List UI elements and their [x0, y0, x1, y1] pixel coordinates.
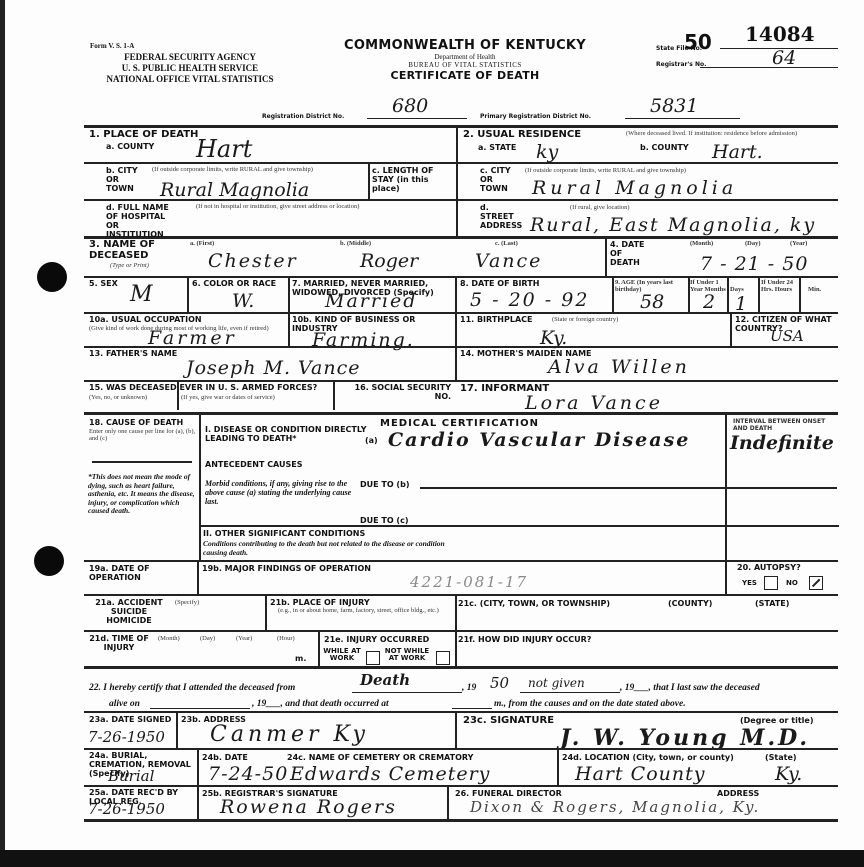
- certify-line-2b: , 19___, and that death occurred at: [252, 699, 389, 709]
- divider: [455, 594, 457, 630]
- antecedent-note: Morbid conditions, if any, giving rise t…: [205, 479, 355, 506]
- dob-label: 8. DATE OF BIRTH: [460, 279, 539, 288]
- hospital-note: (If not in hospital or institution, give…: [196, 203, 446, 210]
- attended-from: Death: [360, 672, 410, 688]
- registration-district-label: Registration District No.: [262, 112, 344, 121]
- name-of-deceased-label: 3. NAME OF DECEASED: [89, 239, 169, 261]
- divider: [176, 711, 178, 748]
- operation-findings-label: 19b. MAJOR FINDINGS OF OPERATION: [202, 564, 371, 573]
- residence-city: Rural Magnolia: [532, 178, 737, 198]
- divider: [455, 346, 457, 380]
- armed-forces-note-a: (Yes, no, or unknown): [89, 394, 147, 401]
- cemetery-label: 24c. NAME OF CEMETERY OR CREMATORY: [287, 753, 473, 762]
- punch-hole-icon: [34, 546, 64, 576]
- date-signed-label: 23a. DATE SIGNED: [89, 715, 171, 724]
- date-signed: 7-26-1950: [88, 729, 165, 745]
- occupation: Farmer: [148, 328, 237, 348]
- divider: [84, 125, 838, 128]
- divider: [288, 276, 290, 312]
- registrar-number: 64: [772, 48, 796, 68]
- funeral-director-label: 26. FUNERAL DIRECTOR: [455, 789, 562, 798]
- place-of-death-label: 1. PLACE OF DEATH: [89, 129, 198, 140]
- due-to-c-label: DUE TO (c): [360, 516, 408, 525]
- certify-line-2a: alive on: [109, 699, 140, 709]
- injury-state-label: (STATE): [755, 599, 789, 608]
- divider: [455, 711, 457, 748]
- department: Department of Health: [300, 53, 630, 61]
- agency-line: NATIONAL OFFICE VITAL STATISTICS: [90, 74, 290, 85]
- autopsy-no-checkbox[interactable]: [809, 576, 823, 590]
- medical-certification-title: MEDICAL CERTIFICATION: [380, 418, 539, 429]
- autopsy-yes-label: YES: [742, 579, 757, 588]
- birthplace: Ky.: [540, 328, 567, 348]
- autopsy-yes-checkbox[interactable]: [764, 576, 778, 590]
- divider: [187, 276, 189, 312]
- divider: [199, 414, 201, 560]
- year-label: (Year): [790, 240, 807, 247]
- agency-block: FEDERAL SECURITY AGENCY U. S. PUBLIC HEA…: [90, 52, 290, 85]
- signature-label: 23c. SIGNATURE: [463, 715, 554, 726]
- header-title-block: COMMONWEALTH OF KENTUCKY Department of H…: [300, 38, 630, 82]
- divider: [557, 748, 559, 785]
- operation-findings: 4221-081-17: [410, 574, 528, 590]
- city-label: c. CITY OR TOWN: [480, 166, 520, 193]
- month-label: (Month): [690, 240, 713, 247]
- attended-year: 50: [490, 675, 509, 691]
- sex-label: 5. SEX: [89, 279, 118, 288]
- agency-line: U. S. PUBLIC HEALTH SERVICE: [90, 63, 290, 74]
- divider: [730, 312, 732, 346]
- middle-name: Roger: [360, 251, 418, 271]
- antecedent-causes-label: ANTECEDENT CAUSES: [205, 460, 303, 469]
- divider: [197, 785, 199, 820]
- attended-to: not given: [528, 675, 585, 691]
- not-while-at-work-checkbox[interactable]: [436, 651, 450, 665]
- birthplace-note: (State or foreign country): [552, 316, 618, 323]
- degree-label: (Degree or title): [740, 716, 813, 725]
- underline: [150, 708, 250, 709]
- not-while-at-work-label: NOT WHILE AT WORK: [382, 648, 432, 662]
- accident-label: 21a. ACCIDENT SUICIDE HOMICIDE: [89, 598, 169, 625]
- residence-street: Rural, East Magnolia, ky: [530, 215, 816, 235]
- accident-specify: (Specify): [175, 599, 199, 606]
- underline: [520, 692, 620, 693]
- certify-line-2c: m., from the causes and on the date stat…: [494, 699, 686, 709]
- injury-occurred-label: 21e. INJURY OCCURRED: [324, 635, 429, 644]
- divider: [725, 560, 727, 594]
- time-day: (Day): [200, 635, 215, 642]
- underline: [625, 118, 740, 119]
- scan-edge-bottom: [0, 850, 864, 867]
- race-label: 6. COLOR OR RACE: [192, 279, 276, 288]
- divider: [318, 630, 320, 666]
- burial-method: Burial: [108, 768, 154, 784]
- divider: [177, 380, 179, 410]
- father-label: 13. FATHER'S NAME: [89, 349, 177, 358]
- underline: [452, 708, 492, 709]
- sex: M: [130, 285, 153, 305]
- burial-location: Hart County: [575, 764, 705, 784]
- burial-location-label: 24d. LOCATION (City, town, or county): [562, 753, 734, 762]
- place-of-injury-label: 21b. PLACE OF INJURY: [270, 598, 370, 607]
- agency-line: FEDERAL SECURITY AGENCY: [90, 52, 290, 63]
- day-label: (Day): [745, 240, 761, 247]
- divider: [455, 276, 457, 346]
- divider: [288, 312, 290, 346]
- divider: [84, 380, 838, 382]
- primary-district: 5831: [650, 96, 698, 116]
- primary-district-label: Primary Registration District No.: [480, 112, 591, 121]
- divider: [455, 630, 457, 666]
- place-of-injury-note: (e.g., in or about home, farm, factory, …: [278, 607, 453, 614]
- divider: [84, 276, 838, 278]
- date-of-death: 7 - 21 - 50: [700, 254, 808, 274]
- autopsy-no-label: NO: [786, 579, 798, 588]
- type-or-print-note: (Type or Print): [110, 262, 149, 269]
- operation-date-label: 19a. DATE OF OPERATION: [89, 564, 197, 582]
- date-of-birth: 5 - 20 - 92: [470, 290, 589, 310]
- interval-label: INTERVAL BETWEEN ONSET AND DEATH: [733, 418, 833, 432]
- registrar-signature: Rowena Rogers: [220, 797, 397, 817]
- days: 1: [735, 294, 747, 314]
- interval-value: Indefinite: [730, 433, 834, 453]
- certify-line-1c: , 19___, that I last saw the deceased: [620, 683, 760, 693]
- cause-footnote: *This does not mean the mode of dying, s…: [88, 473, 198, 516]
- occupation-label: 10a. USUAL OCCUPATION: [89, 315, 202, 324]
- while-at-work-label: WHILE AT WORK: [322, 648, 362, 662]
- street-note: (If rural, give location): [570, 204, 630, 211]
- divider: [84, 312, 838, 314]
- time-hour: (Hour): [277, 635, 295, 642]
- burial-date: 7-24-50: [208, 764, 288, 784]
- divider: [333, 380, 335, 410]
- divider: [612, 276, 614, 312]
- divider: [197, 560, 199, 594]
- divider: [84, 666, 838, 669]
- certificate-title: CERTIFICATE OF DEATH: [300, 69, 630, 82]
- city-label: b. CITY OR TOWN: [106, 166, 146, 193]
- divider: [197, 748, 199, 785]
- last-name: Vance: [475, 251, 542, 271]
- state-file-number: 14084: [745, 22, 815, 46]
- registrar-label: Registrar's No.: [656, 60, 706, 69]
- cause-note: Enter only one cause per line for (a), (…: [89, 428, 197, 442]
- first-name-label: a. (First): [190, 240, 214, 247]
- months: 2: [703, 292, 715, 312]
- birthplace-label: 11. BIRTHPLACE: [460, 315, 532, 324]
- informant: Lora Vance: [525, 393, 663, 413]
- min-label: Min.: [808, 286, 821, 293]
- time-m: m.: [295, 654, 306, 663]
- race: W.: [232, 291, 254, 311]
- divider: [92, 461, 192, 463]
- divider: [199, 525, 839, 527]
- city-note: (If outside corporate limits, write RURA…: [525, 167, 825, 174]
- death-certificate-scan: Form V. S. 1-A FEDERAL SECURITY AGENCY U…: [0, 0, 864, 867]
- burial-state-label: (State): [765, 753, 797, 762]
- physician-signature: J. W. Young M.D.: [560, 728, 810, 748]
- hours-label: If Under 24 Hrs. Hours: [761, 279, 799, 293]
- ssn-label: 16. SOCIAL SECURITY NO.: [337, 383, 451, 401]
- time-year: (Year): [236, 635, 252, 642]
- physician-address: Canmer Ky: [210, 725, 369, 745]
- autopsy-label: 20. AUTOPSY?: [737, 563, 801, 572]
- days-label: Days: [730, 286, 744, 293]
- divider: [84, 594, 838, 596]
- underline: [700, 67, 838, 68]
- residence-note: (Where deceased lived. If institution: r…: [626, 130, 836, 137]
- divider: [84, 630, 838, 632]
- middle-name-label: b. (Middle): [340, 240, 371, 247]
- divider: [799, 276, 801, 312]
- divider: [605, 238, 607, 276]
- divider: [84, 819, 838, 822]
- last-name-label: c. (Last): [495, 240, 518, 247]
- punch-hole-icon: [37, 262, 67, 292]
- county-label: a. COUNTY: [106, 142, 154, 151]
- underline: [367, 118, 467, 119]
- injury-county-label: (COUNTY): [668, 599, 712, 608]
- date-of-death-label: 4. DATE OF DEATH: [610, 240, 650, 267]
- injury-location-label: 21c. (CITY, TOWN, OR TOWNSHIP): [458, 599, 610, 608]
- form-number: Form V. S. 1-A: [90, 42, 134, 50]
- burial-state: Ky.: [775, 764, 802, 784]
- certify-line-1b: , 19: [462, 683, 476, 693]
- part1-label: I. DISEASE OR CONDITION DIRECTLY LEADING…: [205, 425, 375, 443]
- divider: [727, 276, 729, 312]
- scan-edge-left: [0, 0, 5, 850]
- citizen: USA: [770, 328, 804, 344]
- divider: [84, 711, 838, 713]
- part2-label: II. OTHER SIGNIFICANT CONDITIONS: [203, 529, 365, 538]
- usual-residence-label: 2. USUAL RESIDENCE: [463, 129, 581, 140]
- divider: [725, 487, 837, 489]
- registration-district: 680: [392, 96, 428, 116]
- county-label: b. COUNTY: [640, 143, 689, 152]
- divider: [84, 162, 456, 164]
- burial-date-label: 24b. DATE: [202, 753, 248, 762]
- divider: [456, 199, 838, 201]
- hospital-label: d. FULL NAME OF HOSPITAL OR INSTITUTION: [106, 203, 176, 239]
- residence-state: ky: [536, 142, 558, 162]
- funeral-director: Dixon & Rogers, Magnolia, Ky.: [470, 799, 760, 815]
- place-county: Hart: [196, 139, 252, 159]
- line-a-marker: (a): [365, 436, 378, 445]
- divider: [447, 785, 449, 820]
- underline: [352, 692, 462, 693]
- time-of-injury-label: 21d. TIME OF INJURY: [89, 634, 149, 652]
- city-note: (If outside corporate limits, write RURA…: [152, 166, 364, 173]
- armed-forces-note-b: (If yes, give war or dates of service): [181, 394, 275, 401]
- state-file-prefix: 50: [684, 30, 712, 54]
- cause-of-death-label: 18. CAUSE OF DEATH: [89, 418, 183, 427]
- divider: [84, 236, 838, 239]
- divider: [368, 162, 370, 199]
- divider: [758, 276, 760, 312]
- divider: [265, 594, 267, 630]
- divider: [456, 162, 838, 164]
- cemetery-name: Edwards Cemetery: [290, 764, 490, 784]
- father-name: Joseph M. Vance: [186, 358, 360, 378]
- funeral-address-label: ADDRESS: [717, 789, 759, 798]
- date-received: 7-26-1950: [88, 801, 165, 817]
- divider: [420, 487, 725, 489]
- how-injury-label: 21f. HOW DID INJURY OCCUR?: [458, 635, 591, 644]
- residence-county: Hart.: [712, 142, 763, 162]
- bureau: BUREAU OF VITAL STATISTICS: [300, 61, 630, 69]
- state-label: a. STATE: [478, 143, 516, 152]
- street-label: d. STREET ADDRESS: [480, 203, 524, 230]
- due-to-b-label: DUE TO (b): [360, 480, 409, 489]
- first-name: Chester: [208, 251, 298, 271]
- certify-line-1a: 22. I hereby certify that I attended the…: [89, 683, 295, 693]
- page-title: COMMONWEALTH OF KENTUCKY: [300, 38, 630, 53]
- divider: [84, 346, 838, 348]
- divider: [456, 127, 458, 237]
- while-at-work-checkbox[interactable]: [366, 651, 380, 665]
- place-city: Rural Magnolia: [160, 180, 309, 200]
- mother-name: Alva Willen: [548, 357, 690, 377]
- time-month: (Month): [158, 635, 180, 642]
- part2-note: Conditions contributing to the death but…: [203, 540, 463, 557]
- length-of-stay-label: c. LENGTH OF STAY (in this place): [372, 166, 454, 193]
- marital-status: Married: [325, 291, 417, 311]
- cause-line-a: Cardio Vascular Disease: [388, 430, 690, 450]
- age: 58: [640, 292, 664, 312]
